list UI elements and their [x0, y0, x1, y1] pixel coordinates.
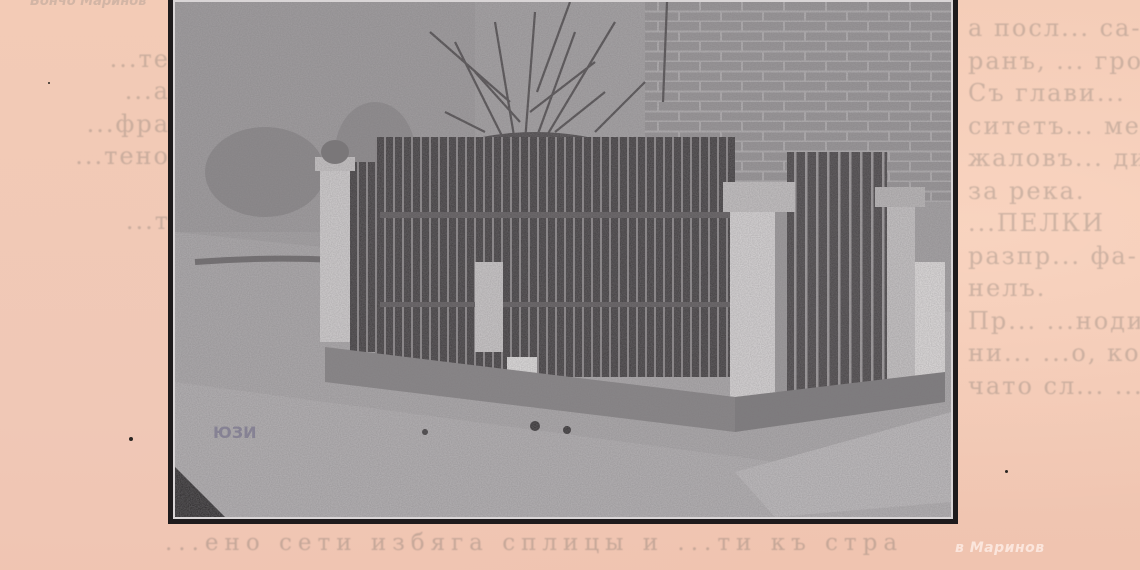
right-margin-text: а посл... са-ранъ, ... гроб-Съ глави...с… [968, 12, 1140, 435]
text-line [30, 335, 170, 368]
text-line: жаловъ... дийствие [968, 142, 1140, 175]
text-line: ...а [30, 75, 170, 108]
text-line: а посл... са- [968, 12, 1140, 45]
paper-speck [48, 82, 50, 84]
text-line [30, 10, 170, 43]
text-line: ...ПЕЛКИ [968, 207, 1140, 240]
text-line: Пр... ...нодия [968, 305, 1140, 338]
book-page: Бончо Маринов ...те...а...фра...тено...т… [0, 0, 1140, 570]
left-margin-text: ...те...а...фра...тено...т [30, 10, 170, 433]
watermark: в Маринов [955, 540, 1045, 556]
text-line [30, 368, 170, 401]
text-line: ни... ...о, кои- [968, 337, 1140, 370]
paper-speck [129, 437, 133, 441]
bottom-text-line: ...ено сети избяга сплицы и ...ти къ стр… [165, 530, 965, 566]
paper-speck [1005, 470, 1008, 473]
text-line: за река. [968, 175, 1140, 208]
text-line: ...фра [30, 108, 170, 141]
text-line: ранъ, ... гроб- [968, 45, 1140, 78]
photograph: ЮЗИ [173, 0, 953, 519]
text-line [30, 173, 170, 206]
text-line [30, 303, 170, 336]
photograph-frame: ЮЗИ [168, 0, 958, 524]
corner-mark: ЮЗИ [213, 423, 257, 442]
text-line: ...т [30, 205, 170, 238]
text-line [30, 400, 170, 433]
text-line: нелъ. [968, 272, 1140, 305]
text-line: чато сл... ...сеъ [968, 370, 1140, 403]
grave-photo-illustration: ЮЗИ [175, 2, 951, 517]
text-line [30, 238, 170, 271]
text-line: разпр... фа- [968, 240, 1140, 273]
watermark-top: Бончо Маринов [30, 0, 146, 9]
text-line: ...те [30, 43, 170, 76]
text-line: Съ глави... [968, 77, 1140, 110]
text-line: ситетъ... мефра [968, 110, 1140, 143]
text-line: ...тено [30, 140, 170, 173]
text-line [968, 402, 1140, 435]
text-line [30, 270, 170, 303]
